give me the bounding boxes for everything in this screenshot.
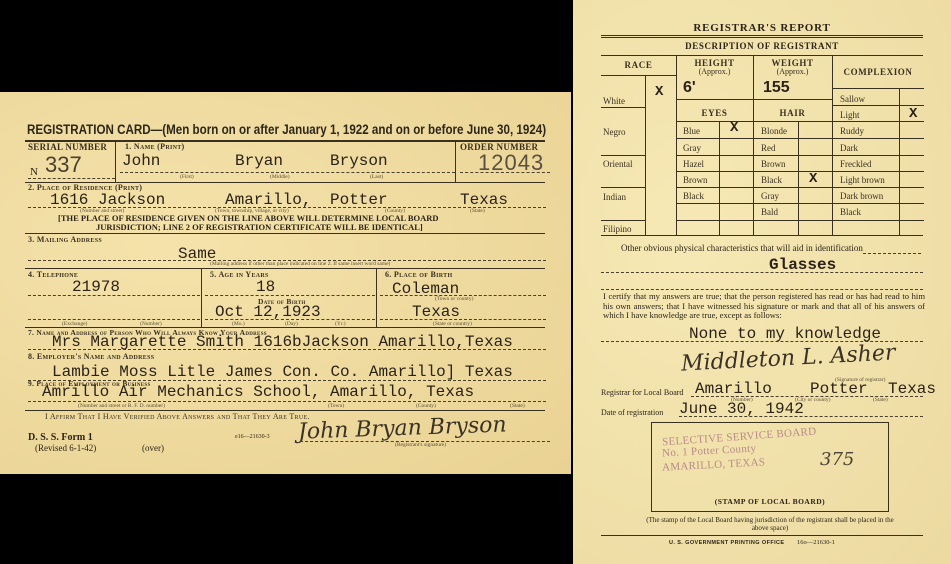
complexion-option-light-brown: Light brown <box>840 175 885 185</box>
serial-number: 337 <box>45 152 82 178</box>
mailing-caption: (Mailing address if other than place ind… <box>210 261 390 267</box>
card-title: REGISTRATION CARD—(Men born on or after … <box>27 122 546 137</box>
middle-name: Bryan <box>235 152 283 170</box>
middle-caption: (Middle) <box>270 174 290 180</box>
hair-option-red: Red <box>761 143 776 153</box>
stamp-note: (The stamp of the Local Board having jur… <box>639 516 901 532</box>
registration-card-front: REGISTRATION CARD—(Men born on or after … <box>0 92 571 474</box>
hair-header: HAIR <box>753 108 832 118</box>
description-title: DESCRIPTION OF REGISTRANT <box>573 41 951 51</box>
race-mark: X <box>655 84 663 100</box>
hair-option-brown: Brown <box>761 159 786 169</box>
printer-code: 16o—21630-1 <box>797 539 835 546</box>
registration-date-label: Date of registration <box>601 408 663 417</box>
mailing-label: 3. Mailing Address <box>28 235 102 244</box>
complexion-header: COMPLEXION <box>832 67 924 77</box>
race-option-indian: Indian <box>603 192 626 202</box>
eyes-option-brown: Brown <box>683 175 708 185</box>
registrars-report: REGISTRAR'S REPORT DESCRIPTION OF REGIST… <box>573 0 951 564</box>
eyes-header: EYES <box>676 108 753 118</box>
last-name: Bryson <box>330 152 388 170</box>
stamp-line-3: AMARILLO, TEXAS <box>662 456 766 473</box>
telephone-label: 4. Telephone <box>28 270 78 279</box>
employment-town-caption: (Town) <box>328 403 344 409</box>
hair-mark: X <box>809 171 817 187</box>
employer-label: 8. Employer's Name and Address <box>28 352 154 361</box>
eyes-mark: X <box>730 120 738 136</box>
employment-street-caption: (Number and street or R. F. D. number) <box>78 403 165 409</box>
birth-town-caption: (Town or county) <box>435 296 473 302</box>
serial-prefix: N <box>30 166 38 178</box>
last-caption: (Last) <box>370 174 383 180</box>
eyes-option-gray: Gray <box>683 143 701 153</box>
residence-notice-2: JURISDICTION; LINE 2 OF REGISTRATION CER… <box>96 222 423 232</box>
complexion-option-black: Black <box>840 207 861 217</box>
complexion-option-ruddy: Ruddy <box>840 126 864 136</box>
weight-sub: (Approx.) <box>753 67 832 76</box>
handwritten-number: 375 <box>820 449 854 470</box>
race-option-white: White <box>603 96 625 106</box>
form-code: e16—21630-3 <box>235 434 270 440</box>
hair-option-gray: Gray <box>761 191 779 201</box>
serial-label: SERIAL NUMBER <box>28 142 107 152</box>
registrant-signature: John Bryan Bryson <box>298 412 507 444</box>
affirmation-text: I Affirm That I Have Verified Above Answ… <box>45 412 310 421</box>
race-option-oriental: Oriental <box>603 159 633 169</box>
report-title: REGISTRAR'S REPORT <box>573 22 951 34</box>
complexion-option-freckled: Freckled <box>840 159 872 169</box>
registrar-signature: Middleton L. Asher <box>680 340 896 376</box>
board-state-caption: (State) <box>873 397 888 403</box>
height-sub: (Approx.) <box>676 67 753 76</box>
complexion-mark: X <box>909 106 917 122</box>
name-label: 1. Name (Print) <box>125 142 185 151</box>
employment-value: Amrillo Air Mechanics School, Amarillo, … <box>42 383 474 401</box>
eyes-option-black: Black <box>683 191 704 201</box>
stamp-box: SELECTIVE SERVICE BOARD No. 1 Potter Cou… <box>651 422 889 512</box>
other-characteristics-label: Other obvious physical characteristics t… <box>621 243 863 253</box>
complexion-option-sallow: Sallow <box>840 94 865 104</box>
complexion-option-dark-brown: Dark brown <box>840 191 883 201</box>
form-revised: (Revised 6-1-42) <box>35 443 96 453</box>
weight-value: 155 <box>763 79 790 97</box>
race-option-filipino: Filipino <box>603 224 632 234</box>
signature-caption: (Registrant's signature) <box>395 442 446 448</box>
first-name: John <box>122 152 160 170</box>
race-header: RACE <box>601 60 676 70</box>
employment-county-caption: (County) <box>416 403 436 409</box>
certify-text: I certify that my answers are true; that… <box>603 292 925 321</box>
complexion-option-light: Light <box>840 110 860 120</box>
hair-option-bald: Bald <box>761 207 778 217</box>
over-note: (over) <box>142 443 164 453</box>
hair-option-blonde: Blonde <box>761 126 787 136</box>
hair-option-black: Black <box>761 175 782 185</box>
complexion-option-dark: Dark <box>840 143 858 153</box>
form-name: D. S. S. Form 1 <box>28 432 93 443</box>
race-option-negro: Negro <box>603 127 626 137</box>
eyes-option-blue: Blue <box>683 126 700 136</box>
telephone-number: 21978 <box>72 278 120 296</box>
age-value: 18 <box>256 278 275 296</box>
printer-label: U. S. GOVERNMENT PRINTING OFFICE <box>669 540 784 546</box>
employment-state-caption: (State) <box>510 403 525 409</box>
eyes-option-hazel: Hazel <box>683 159 704 169</box>
local-board-label: Registrar for Local Board <box>601 388 683 397</box>
height-value: 6' <box>683 79 696 97</box>
birthplace-label: 6. Place of Birth <box>385 270 452 279</box>
stamp-caption: (STAMP OF LOCAL BOARD) <box>652 497 888 506</box>
state-caption: (State) <box>470 208 485 214</box>
first-caption: (First) <box>180 174 194 180</box>
